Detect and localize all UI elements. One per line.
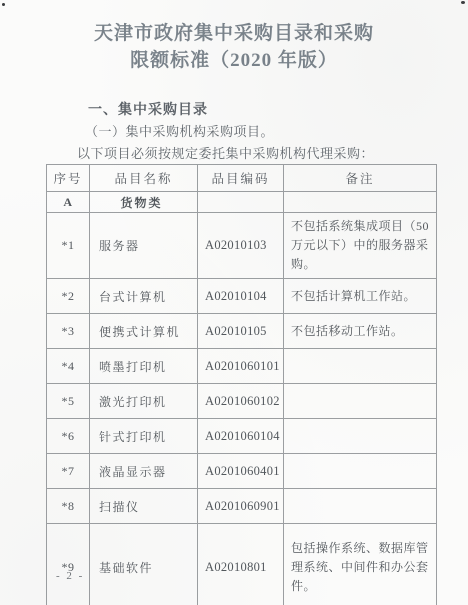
cell-code: A02010104: [198, 279, 284, 314]
cell-name: 基础软件: [90, 524, 198, 605]
cell-seq: *7: [47, 454, 90, 489]
table-row: *9基础软件A02010801包括操作系统、数据库管理系统、中间件和办公套件。: [47, 524, 437, 605]
cell-code: A02010105: [198, 314, 284, 349]
cell-remark: 包括操作系统、数据库管理系统、中间件和办公套件。: [284, 524, 437, 605]
cell-seq: *1: [47, 213, 90, 279]
page-number: - 2 -: [56, 570, 84, 582]
column-header-remark: 备注: [284, 165, 437, 192]
table-row: *4喷墨打印机A0201060101: [47, 349, 437, 384]
cell-remark: 不包括计算机工作站。: [284, 279, 437, 314]
cell-code: A0201060401: [198, 454, 284, 489]
cell-code: A0201060104: [198, 419, 284, 454]
cell-remark: [284, 349, 437, 384]
cell-seq: *6: [47, 419, 90, 454]
table-row: *6针式打印机A0201060104: [47, 419, 437, 454]
cell-code: A0201060101: [198, 349, 284, 384]
cell-code: A02010103: [198, 213, 284, 279]
cell-remark: [284, 489, 437, 524]
cell-remark: 不包括系统集成项目（50 万元以下）中的服务器采购。: [284, 213, 437, 279]
section-heading: 一、集中采购目录: [88, 99, 208, 119]
cell-seq: *4: [47, 349, 90, 384]
cell-remark: [284, 419, 437, 454]
cell-code: A0201060102: [198, 384, 284, 419]
table-row: *7液晶显示器A0201060401: [47, 454, 437, 489]
document-title-line-2: 限额标准（2020 年版）: [0, 47, 468, 74]
scan-artifact: [2, 3, 5, 6]
column-header-seq: 序号: [47, 165, 90, 192]
cell-code: [198, 192, 284, 213]
cell-name: 服务器: [90, 213, 198, 279]
cell-seq: *3: [47, 314, 90, 349]
table-row: *5激光打印机A0201060102: [47, 384, 437, 419]
cell-seq: A: [47, 192, 90, 213]
table-header-row: 序号 品目名称 品目编码 备注: [47, 165, 437, 192]
table-row: *2台式计算机A02010104不包括计算机工作站。: [47, 279, 437, 314]
document-title: 天津市政府集中采购目录和采购 限额标准（2020 年版）: [0, 20, 468, 74]
table-row: *3便携式计算机A02010105不包括移动工作站。: [47, 314, 437, 349]
column-header-code: 品目编码: [198, 165, 284, 192]
cell-code: A02010801: [198, 524, 284, 605]
table-row: *8扫描仪A0201060901: [47, 489, 437, 524]
intro-text: 以下项目必须按规定委托集中采购机构代理采购：: [77, 143, 374, 162]
cell-name: 货物类: [90, 192, 198, 213]
cell-code: A0201060901: [198, 489, 284, 524]
cell-seq: *2: [47, 279, 90, 314]
cell-seq: *9: [47, 524, 90, 605]
cell-remark: [284, 384, 437, 419]
cell-remark: [284, 192, 437, 213]
cell-name: 扫描仪: [90, 489, 198, 524]
cell-remark: [284, 454, 437, 489]
table-row: *1服务器A02010103不包括系统集成项目（50 万元以下）中的服务器采购。: [47, 213, 437, 279]
cell-remark: 不包括移动工作站。: [284, 314, 437, 349]
subsection-heading: （一）集中采购机构采购项目。: [85, 121, 274, 140]
table-row: A货物类: [47, 192, 437, 213]
cell-name: 针式打印机: [90, 419, 198, 454]
column-header-name: 品目名称: [90, 165, 198, 192]
cell-seq: *5: [47, 384, 90, 419]
cell-seq: *8: [47, 489, 90, 524]
cell-name: 液晶显示器: [90, 454, 198, 489]
procurement-catalog-table: 序号 品目名称 品目编码 备注 A货物类*1服务器A02010103不包括系统集…: [46, 164, 437, 605]
document-title-line-1: 天津市政府集中采购目录和采购: [0, 20, 468, 47]
cell-name: 台式计算机: [90, 279, 198, 314]
scanned-document-page: 天津市政府集中采购目录和采购 限额标准（2020 年版） 一、集中采购目录 （一…: [0, 0, 468, 605]
cell-name: 激光打印机: [90, 384, 198, 419]
cell-name: 便携式计算机: [90, 314, 198, 349]
cell-name: 喷墨打印机: [90, 349, 198, 384]
scan-artifact: [461, 1, 465, 4]
